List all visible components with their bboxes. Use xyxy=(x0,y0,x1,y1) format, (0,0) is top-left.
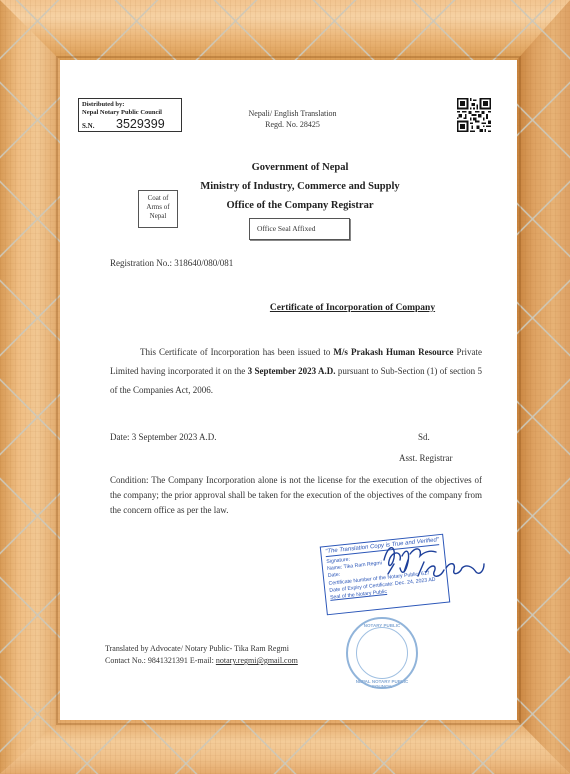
email-link[interactable]: notary.regmi@gmail.com xyxy=(216,656,298,665)
distributed-by-box: Distributed by: Nepal Notary Public Coun… xyxy=(78,98,182,132)
translator-name: Translated by Advocate/ Notary Public- T… xyxy=(105,643,298,655)
frame-top-rail xyxy=(0,0,570,62)
frame-bottom-rail xyxy=(0,720,570,774)
office-seal-box: Office Seal Affixed xyxy=(249,218,350,240)
frame-left-rail xyxy=(0,0,62,774)
coat-of-arms-line1: Coat of xyxy=(139,194,177,203)
body-text-1: This Certificate of Incorporation has be… xyxy=(140,347,333,357)
serial-number-value: 3529399 xyxy=(116,117,165,131)
signed-mark: Sd. xyxy=(418,432,430,442)
serial-number-label: S.N. xyxy=(82,122,116,130)
registration-number: Registration No.: 318640/080/081 xyxy=(110,258,233,268)
translation-reg-number: Regd. No. 28425 xyxy=(230,119,355,130)
seal-top-text: NOTARY PUBLIC xyxy=(348,623,416,628)
seal-bottom-text: NEPAL NOTARY PUBLIC COUNCIL xyxy=(348,679,416,689)
frame-right-rail xyxy=(515,0,570,774)
certificate-title: Certificate of Incorporation of Company xyxy=(60,303,517,313)
contact-number: Contact No.: 9841321391 E-mail: xyxy=(105,656,216,665)
translator-footer: Translated by Advocate/ Notary Public- T… xyxy=(105,643,298,667)
certificate-body: This Certificate of Incorporation has be… xyxy=(110,343,482,400)
signatory-title: Asst. Registrar xyxy=(399,453,453,463)
translation-label: Nepali/ English Translation xyxy=(230,108,355,119)
issuing-authority: Government of Nepal Ministry of Industry… xyxy=(180,158,420,215)
notary-round-seal: NOTARY PUBLIC NEPAL NOTARY PUBLIC COUNCI… xyxy=(346,617,418,689)
company-name: M/s Prakash Human xyxy=(333,347,415,357)
government-name: Government of Nepal xyxy=(180,158,420,177)
coat-of-arms-line2: Arms of xyxy=(139,203,177,212)
qr-code-icon xyxy=(457,98,491,132)
issue-date: Date: 3 September 2023 A.D. xyxy=(110,432,216,442)
coat-of-arms-placeholder: Coat of Arms of Nepal xyxy=(138,190,178,228)
handwritten-signature xyxy=(380,538,490,590)
office-name: Office of the Company Registrar xyxy=(180,196,420,215)
ministry-name: Ministry of Industry, Commerce and Suppl… xyxy=(180,177,420,196)
distributor-name: Nepal Notary Public Council xyxy=(82,109,178,117)
translation-header: Nepali/ English Translation Regd. No. 28… xyxy=(230,108,355,130)
company-name-cont: Resource xyxy=(418,347,453,357)
incorporation-date: 3 September 2023 A.D. xyxy=(248,366,336,376)
condition-clause: Condition: The Company Incorporation alo… xyxy=(110,473,482,518)
distributed-by-label: Distributed by: xyxy=(82,101,178,109)
coat-of-arms-line3: Nepal xyxy=(139,212,177,221)
certificate-document: Distributed by: Nepal Notary Public Coun… xyxy=(60,60,517,720)
